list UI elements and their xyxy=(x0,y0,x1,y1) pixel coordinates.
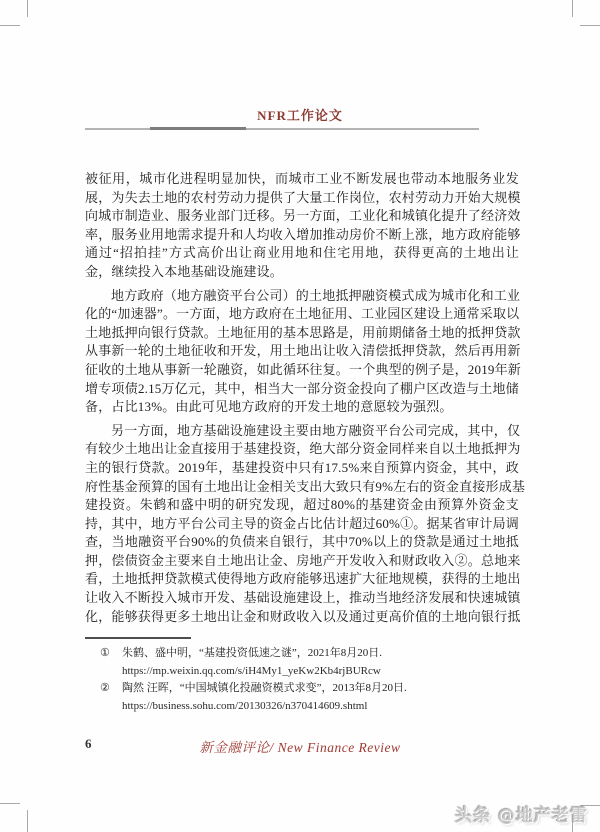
footnote-marker: ① xyxy=(100,645,122,663)
footnote-2: ②陶然 汪晖，“中国城镇化投融资模式求变”，2013年8月20日. xyxy=(100,680,520,698)
crop-mark-top-right-horizontal xyxy=(580,25,600,26)
page-footer: 6 新金融评论/ New Finance Review xyxy=(0,736,600,756)
body-line: 征收的土地从事新一轮融资，如此循环往复。一个典型的例子是，2019年新 xyxy=(85,361,519,380)
header-rule-dark-segment xyxy=(150,127,246,130)
paragraph-3: 另一方面，地方基础设施建设主要由地方融资平台公司完成，其中，仅有较少土地出让金直… xyxy=(85,422,519,627)
footnote-text: 朱鹤、盛中明，“基建投资低速之谜”，2021年8月20日. xyxy=(122,645,520,663)
footnote-text: 陶然 汪晖，“中国城镇化投融资模式求变”，2013年8月20日. xyxy=(122,680,520,698)
crop-mark-top-left-vertical xyxy=(27,0,28,17)
header-rule xyxy=(85,128,479,130)
footnote-separator-rule xyxy=(85,637,191,639)
journal-title: 新金融评论/ New Finance Review xyxy=(0,736,600,756)
body-line: 展，为失去土地的农村劳动力提供了大量工作岗位，农村劳动力开始大规模 xyxy=(85,189,519,208)
body-line: 主的银行贷款。2019年，基建投资中只有17.5%来自预算内资金，其中，政 xyxy=(85,459,519,478)
body-line: 让收入不断投入城市开发、基础设施建设上，推动当地经济发展和快速城镇 xyxy=(85,589,519,608)
paragraph-1: 被征用，城市化进程明显加快，而城市工业不断发展也带动本地服务业发展，为失去土地的… xyxy=(85,170,519,282)
body-line: 看，土地抵押贷款模式使得地方政府能够迅速扩大征地规模，获得的土地出 xyxy=(85,570,519,589)
body-line: 查，当地融资平台90%的负债来自银行，其中70%以上的贷款是通过土地抵 xyxy=(85,533,519,552)
footnote-url: https://business.sohu.com/20130326/n3704… xyxy=(100,698,520,716)
body-line: 增专项债2.15万亿元，其中，相当大一部分资金投向了棚户区改造与土地储 xyxy=(85,380,519,399)
body-line: 另一方面，地方基础设施建设主要由地方融资平台公司完成，其中，仅 xyxy=(85,422,519,441)
body-line: 建投资。朱鹤和盛中明的研究发现，超过80%的基建资金由预算外资金支 xyxy=(85,496,519,515)
crop-mark-top-left-horizontal xyxy=(0,25,20,26)
footnote-1: ①朱鹤、盛中明，“基建投资低速之谜”，2021年8月20日. xyxy=(100,645,520,663)
crop-mark-bottom-left-vertical xyxy=(27,810,28,832)
body-line: 备，占比13%。由此可见地方政府的开发土地的意愿较为强烈。 xyxy=(85,398,519,417)
body-line: 有较少土地出让金直接用于基建投资，绝大部分资金同样来自以土地抵押为 xyxy=(85,440,519,459)
body-line: 被征用，城市化进程明显加快，而城市工业不断发展也带动本地服务业发 xyxy=(85,170,519,189)
body-line: 地方政府（地方融资平台公司）的土地抵押融资模式成为城市化和工业 xyxy=(85,287,519,306)
crop-mark-top-right-vertical xyxy=(572,0,573,17)
body-line: 押，偿债资金主要来自土地出让金、房地产开发收入和财政收入②。总地来 xyxy=(85,552,519,571)
body-line: 从事新一轮的土地征收和开发，用土地出让收入清偿抵押贷款，然后再用新 xyxy=(85,342,519,361)
footnote-marker: ② xyxy=(100,680,122,698)
body-line: 化，能够获得更多土地出让金和财政收入以及通过更高价值的土地向银行抵 xyxy=(85,608,519,627)
body-line: 通过“招拍挂”方式高价出让商业用地和住宅用地，获得更高的土地出让 xyxy=(85,244,519,263)
crop-mark-bottom-left-horizontal xyxy=(0,803,20,804)
body-line: 化的“加速器”。一方面，地方政府在土地征用、工业园区建设上通常采取以 xyxy=(85,305,519,324)
body-line: 向城市制造业、服务业部门迁移。另一方面，工业化和城镇化提升了经济效 xyxy=(85,207,519,226)
body-line: 土地抵押向银行贷款。土地征用的基本思路是，用前期储备土地的抵押贷款 xyxy=(85,324,519,343)
body-line: 府性基金预算的国有土地出让金相关支出大致只有9%左右的资金直接形成基 xyxy=(85,478,519,497)
toutiao-watermark: 头条 @地产老雷 xyxy=(455,801,588,826)
body-line: 率，服务业用地需求提升和人均收入增加推动房价不断上涨，地方政府能够 xyxy=(85,226,519,245)
footnote-url: https://mp.weixin.qq.com/s/iH4My1_yeKw2K… xyxy=(100,663,520,681)
document-page: NFR工作论文 被征用，城市化进程明显加快，而城市工业不断发展也带动本地服务业发… xyxy=(0,0,600,832)
body-line: 持，其中，地方平台公司主导的资金占比估计超过60%①。据某省审计局调 xyxy=(85,515,519,534)
body-text: 被征用，城市化进程明显加快，而城市工业不断发展也带动本地服务业发展，为失去土地的… xyxy=(85,170,519,626)
paragraph-2: 地方政府（地方融资平台公司）的土地抵押融资模式成为城市化和工业化的“加速器”。一… xyxy=(85,287,519,417)
running-head-title: NFR工作论文 xyxy=(0,105,600,124)
footnotes: ①朱鹤、盛中明，“基建投资低速之谜”，2021年8月20日.https://mp… xyxy=(100,645,520,715)
body-line: 金，继续投入本地基础设施建设。 xyxy=(85,263,519,282)
